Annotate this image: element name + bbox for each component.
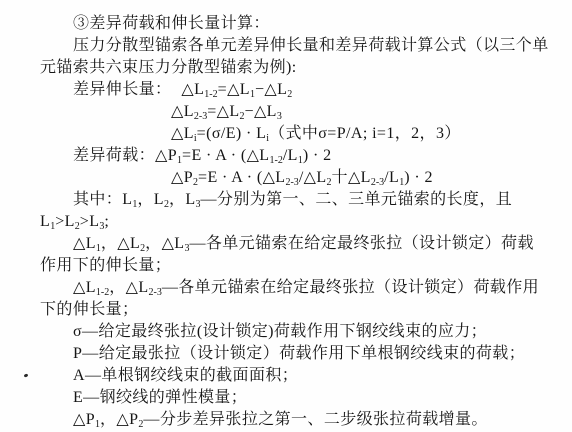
elongation-line-1: 差异伸长量：△L1-2=△L1−△L2 — [40, 79, 562, 101]
def-p: P—给定最张拉（设计锁定）荷载作用下单根钢绞线束的荷载； — [40, 343, 562, 365]
intro-line-1: 压力分散型锚索各单元差异伸长量和差异荷载计算公式（以三个单 — [40, 35, 562, 57]
scan-speck — [24, 373, 29, 377]
load-formula-1: △P1=E · A · (△L1-2/L1) · 2 — [155, 147, 332, 164]
def-delta-p: △P1，△P2—分步差异张拉之第一、二步级张拉荷载增量。 — [40, 409, 562, 431]
elongation-formula-1: △L1-2=△L1−△L2 — [181, 81, 292, 98]
def-lengths-line-2: L1>L2>L3; — [40, 211, 562, 233]
load-line-1: 差异荷载：△P1=E · A · (△L1-2/L1) · 2 — [40, 145, 562, 167]
def-diff-elongation-line-1: △L1-2，△L2-3—各单元锚索在给定最终张拉（设计锁定）荷载作用 — [40, 277, 562, 299]
section-heading: ③差异荷载和伸长量计算： — [40, 13, 562, 35]
def-sigma: σ—给定最终张拉(设计锁定)荷载作用下钢绞线束的应力； — [40, 321, 562, 343]
load-label: 差异荷载： — [73, 147, 155, 164]
def-lengths-line-1: 其中：L1，L2，L3—分别为第一、二、三单元锚索的长度，且 — [40, 189, 562, 211]
def-a: A—单根钢绞线束的截面面积； — [40, 365, 562, 387]
intro-line-2: 元锚索共六束压力分散型锚索为例): — [40, 57, 562, 79]
elongation-formula-3: △Li=(σ/E) · Li（式中σ=P/A; i=1，2，3） — [40, 123, 562, 145]
def-unit-elongation-line-2: 作用下的伸长量； — [40, 255, 562, 277]
def-e: E—钢绞线的弹性模量； — [40, 387, 562, 409]
document-page: ③差异荷载和伸长量计算： 压力分散型锚索各单元差异伸长量和差异荷载计算公式（以三… — [0, 0, 572, 432]
elongation-label: 差异伸长量： — [73, 81, 171, 98]
def-unit-elongation-line-1: △L1，△L2，△L3—各单元锚索在给定最终张拉（设计锁定）荷载 — [40, 233, 562, 255]
load-formula-2: △P2=E · A · (△L2-3/△L2十△L2-3/L1) · 2 — [40, 167, 562, 189]
elongation-formula-2: △L2-3=△L2−△L3 — [40, 101, 562, 123]
def-diff-elongation-line-2: 下的伸长量； — [40, 299, 562, 321]
